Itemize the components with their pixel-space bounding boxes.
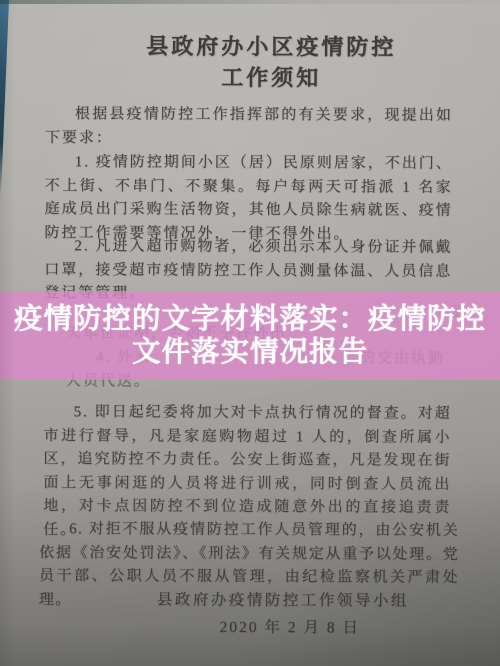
document-title: 县政府办小区疫情防控 工作须知	[61, 30, 481, 94]
pink-caption-banner: 疫情防控的文字材料落实：疫情防控 文件落实情况报告	[0, 291, 500, 380]
document-title-line1: 县政府办小区疫情防控	[61, 30, 481, 63]
document-photo: 县政府办小区疫情防控 工作须知 根据县疫情防控工作指挥部的有关要求，现提出如下要…	[0, 0, 500, 666]
banner-text-line1: 疫情防控的文字材料落实：疫情防控	[14, 303, 486, 336]
signature-line: 县政府办疫情防控工作领导小组	[43, 587, 451, 611]
document-title-line2: 工作须知	[61, 61, 481, 94]
date-line: 2020 年 2 月 8 日	[43, 614, 451, 638]
paragraph-item1: 1. 疫情防控期间小区（居）民原则居家，不出门、不上街、不串门、不聚集。每户每两…	[44, 151, 452, 247]
paragraph-intro: 根据县疫情防控工作指挥部的有关要求，现提出如下要求：	[45, 103, 453, 152]
banner-text-line2: 文件落实情况报告	[132, 336, 368, 369]
